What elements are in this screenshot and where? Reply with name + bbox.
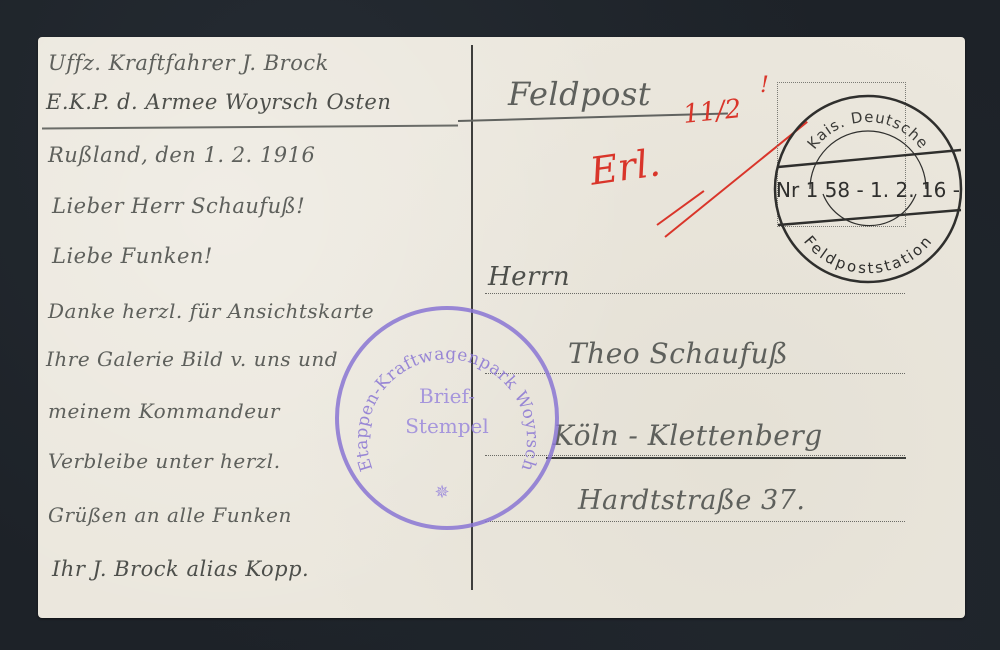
address-underline xyxy=(546,457,906,459)
stamp-center-line1: Brief- xyxy=(419,384,475,408)
message-signature: Ihr J. Brock alias Kopp. xyxy=(52,557,309,581)
message-line: Grüßen an alle Funken xyxy=(48,503,292,527)
message-line: Rußland, den 1. 2. 1916 xyxy=(48,143,315,167)
postcard: Uffz. Kraftfahrer J. Brock E.K.P. d. Arm… xyxy=(38,37,965,618)
stamp-center-line2: Stempel xyxy=(405,414,489,438)
postmark-bottom-text: Feldpoststation xyxy=(800,232,935,277)
address-line: Herrn xyxy=(488,262,570,292)
message-line: Lieber Herr Schaufuß! xyxy=(52,194,305,218)
red-annotation-erl: Erl. xyxy=(587,140,663,193)
message-line: Verbleibe unter herzl. xyxy=(48,449,281,473)
message-line: Ihre Galerie Bild v. uns und xyxy=(46,347,338,371)
postmark-date: Nr 1 58 - 1. 2. 16 - xyxy=(776,178,960,202)
sender-divider xyxy=(42,125,458,130)
stamp-star-icon: ✵ xyxy=(434,482,449,503)
address-line: Hardtstraße 37. xyxy=(578,485,805,516)
address-line: Köln - Klettenberg xyxy=(553,419,823,452)
svg-text:Kais. Deutsche: Kais. Deutsche xyxy=(804,108,933,153)
svg-text:Feldpoststation: Feldpoststation xyxy=(800,232,935,277)
svg-text:Etappen-Kraftwagenpark Woyrsch: Etappen-Kraftwagenpark Woyrsch xyxy=(352,344,542,474)
stamp-ring-text: Etappen-Kraftwagenpark Woyrsch xyxy=(352,344,542,474)
feldpost-postmark: Kais. Deutsche Nr 1 58 - 1. 2. 16 - Feld… xyxy=(768,92,965,282)
postmark-top-text: Kais. Deutsche xyxy=(804,108,933,153)
unit-letter-stamp: Etappen-Kraftwagenpark Woyrsch Brief- St… xyxy=(332,303,562,533)
sender-line-1: Uffz. Kraftfahrer J. Brock xyxy=(48,51,329,75)
message-line: meinem Kommandeur xyxy=(48,399,280,423)
message-line: Liebe Funken! xyxy=(52,244,213,268)
address-line: Theo Schaufuß xyxy=(568,337,788,370)
sender-line-2: E.K.P. d. Armee Woyrsch Osten xyxy=(46,90,391,114)
feldpost-label: Feldpost xyxy=(508,75,651,113)
red-annotation-date: 11/2 xyxy=(682,94,743,130)
address-dotted-line xyxy=(485,293,905,294)
message-line: Danke herzl. für Ansichtskarte xyxy=(48,299,374,323)
